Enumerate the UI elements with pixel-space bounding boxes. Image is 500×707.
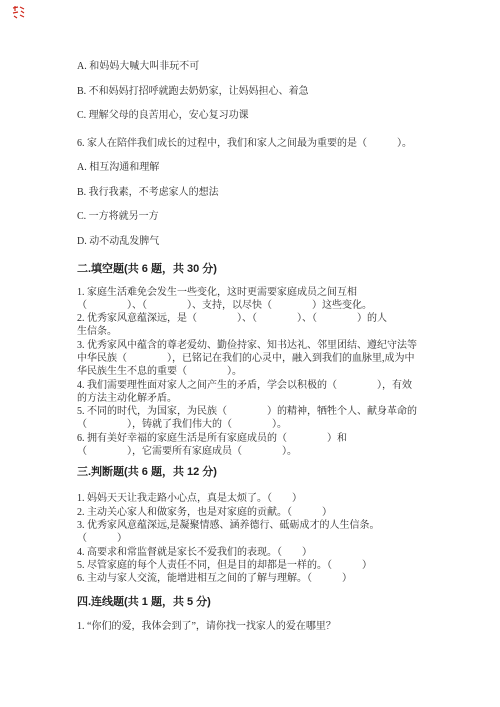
judgement-line: （ ）	[77, 532, 444, 545]
multiple-choice-section: A. 和妈妈大喊大叫非玩不可 B. 不和妈妈打招呼就跑去奶奶家，让妈妈担心、着急…	[77, 60, 444, 248]
fill-blank-line: 6. 拥有美好幸福的家庭生活是所有家庭成员的（ ）和	[77, 432, 444, 445]
judgement-line: 3. 优秀家风意蕴深远,是凝聚情感、涵养德行、砥砺成才的人生信条。	[77, 519, 444, 532]
fill-blank-line: （ ），铸就了我们伟大的（ ）。	[77, 418, 444, 431]
exam-paper-page: A. 和妈妈大喊大叫非玩不可 B. 不和妈妈打招呼就跑去奶奶家，让妈妈担心、着急…	[0, 0, 500, 707]
fill-blank-line: 1. 家庭生活难免会发生一些变化，这时更需要家庭成员之间互相	[77, 286, 444, 299]
fill-blank-line: （ ），它需要所有家庭成员（ ）。	[77, 445, 444, 458]
judgement-section: 1. 妈妈天天让我走路小心点，真是太烦了。（ ） 2. 主动关心家人和做家务，也…	[77, 492, 444, 585]
choice-option-b: B. 我行我素，不考虑家人的想法	[77, 186, 444, 199]
fill-blank-line: （ ）、（ ）、支持，以尽快（ ）这些变化。	[77, 299, 444, 312]
choice-option-a: A. 相互沟通和理解	[77, 161, 444, 174]
fill-blank-line: 4. 我们需要理性面对家人之间产生的矛盾，学会以积极的（ ），有效	[77, 379, 444, 392]
section-header-judgement: 三.判断题(共 6 题，共 12 分)	[77, 465, 444, 479]
judgement-line: 1. 妈妈天天让我走路小心点，真是太烦了。（ ）	[77, 492, 444, 505]
matching-question-line: 1. “你们的爱，我体会到了”，请你找一找家人的爱在哪里？	[77, 620, 444, 633]
fill-blank-line: 生信条。	[77, 325, 444, 338]
fill-blank-line: 5. 不同的时代，为国家，为民族（ ）的精神，牺牲个人、献身革命的	[77, 405, 444, 418]
judgement-line: 4. 高要求和常监督就是家长不爱我们的表现。（ ）	[77, 546, 444, 559]
choice-option-a: A. 和妈妈大喊大叫非玩不可	[77, 60, 444, 73]
judgement-line: 2. 主动关心家人和做家务，也是对家庭的贡献。（ ）	[77, 506, 444, 519]
judgement-line: 6. 主动与家人交流，能增进相互之间的了解与理解。（ ）	[77, 572, 444, 585]
choice-option-b: B. 不和妈妈打招呼就跑去奶奶家，让妈妈担心、着急	[77, 85, 444, 98]
fill-blank-line: 中华民族（ ），已铭记在我们的心灵中，融入到我们的血脉里,成为中	[77, 352, 444, 365]
section-header-matching: 四.连线题(共 1 题，共 5 分)	[77, 595, 444, 609]
red-stamp-icon	[12, 5, 25, 19]
choice-option-c: C. 一方将就另一方	[77, 210, 444, 223]
judgement-line: 5. 尽管家庭的每个人责任不同，但是目的却都是一样的。（ ）	[77, 559, 444, 572]
choice-option-c: C. 理解父母的良苦用心，安心复习功课	[77, 109, 444, 122]
fill-blank-line: 的方法主动化解矛盾。	[77, 392, 444, 405]
choice-option-d: D. 动不动乱发脾气	[77, 235, 444, 248]
fill-blank-line: 3. 优秀家风中蕴含的尊老爱幼、勤俭持家、知书达礼、邻里团结、遵纪守法等	[77, 339, 444, 352]
matching-section: 1. “你们的爱，我体会到了”，请你找一找家人的爱在哪里？	[77, 620, 444, 633]
fill-blank-section: 1. 家庭生活难免会发生一些变化，这时更需要家庭成员之间互相 （ ）、（ ）、支…	[77, 286, 444, 459]
document-content: A. 和妈妈大喊大叫非玩不可 B. 不和妈妈打招呼就跑去奶奶家，让妈妈担心、着急…	[0, 0, 500, 634]
section-header-fill-blank: 二.填空题(共 6 题，共 30 分)	[77, 262, 444, 276]
fill-blank-line: 华民族生生不息的重要（ ）。	[77, 365, 444, 378]
question-6-text: 6. 家人在陪伴我们成长的过程中，我们和家人之间最为重要的是（ ）。	[77, 137, 444, 150]
fill-blank-line: 2. 优秀家风意蕴深远，是（ ）、（ ）、（ ）的人	[77, 312, 444, 325]
